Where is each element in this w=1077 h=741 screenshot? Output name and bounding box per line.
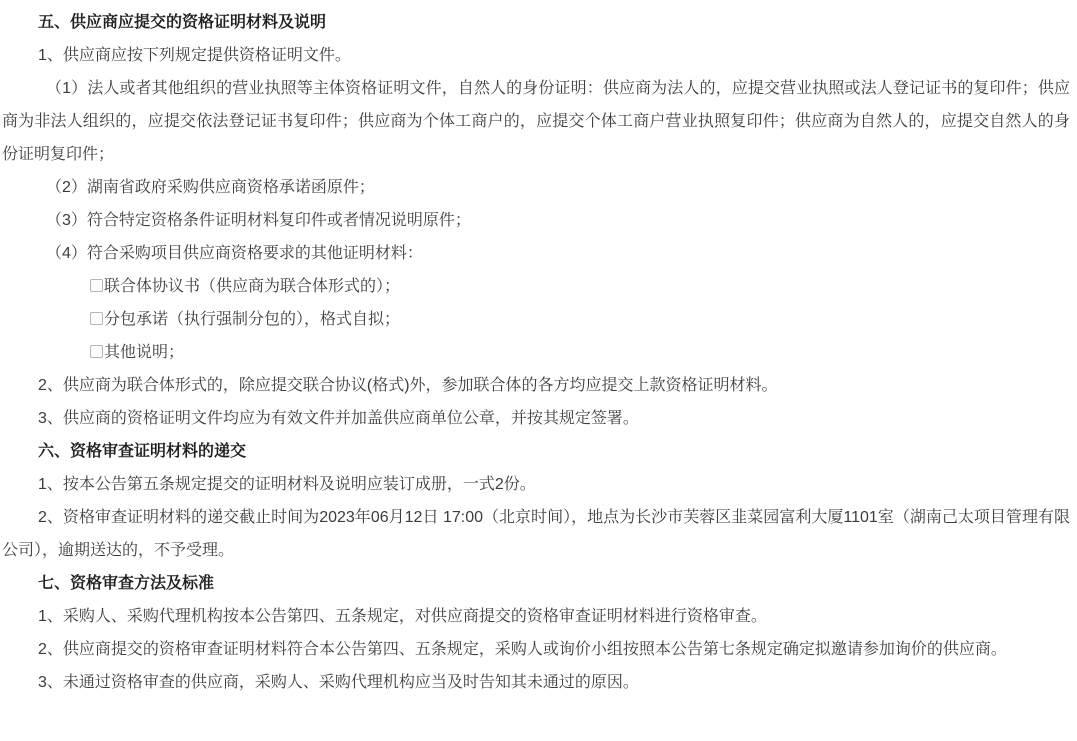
subcontract-commitment-label: 分包承诺（执行强制分包的），格式自拟；: [104, 311, 400, 328]
section-5-item-3: 3、供应商的资格证明文件均应为有效文件并加盖供应商单位公章，并按其规定签署。: [2, 402, 1070, 435]
checkbox-row-other-notes: 其他说明；: [2, 336, 1070, 369]
section-7-item-1: 1、采购人、采购代理机构按本公告第四、五条规定，对供应商提交的资格审查证明材料进…: [2, 600, 1070, 633]
joint-agreement-label: 联合体协议书（供应商为联合体形式的）；: [104, 278, 400, 295]
section-6-heading: 六、资格审查证明材料的递交: [2, 435, 1070, 468]
section-5-sub-2: （2）湖南省政府采购供应商资格承诺函原件；: [2, 171, 1070, 204]
section-5-sub-3: （3）符合特定资格条件证明材料复印件或者情况说明原件；: [2, 204, 1070, 237]
subcontract-commitment-checkbox[interactable]: [90, 312, 103, 325]
section-5-heading: 五、供应商应提交的资格证明材料及说明: [2, 6, 1070, 39]
document-body: 五、供应商应提交的资格证明材料及说明 1、供应商应按下列规定提供资格证明文件。 …: [0, 0, 1077, 699]
other-notes-label: 其他说明；: [104, 344, 184, 361]
section-7-item-2: 2、供应商提交的资格审查证明材料符合本公告第四、五条规定，采购人或询价小组按照本…: [2, 633, 1070, 666]
joint-agreement-checkbox[interactable]: [90, 279, 103, 292]
section-6-item-1: 1、按本公告第五条规定提交的证明材料及说明应装订成册，一式2份。: [2, 468, 1070, 501]
checkbox-row-subcontract-commitment: 分包承诺（执行强制分包的），格式自拟；: [2, 303, 1070, 336]
checkbox-row-joint-agreement: 联合体协议书（供应商为联合体形式的）；: [2, 270, 1070, 303]
section-5-sub-1: （1）法人或者其他组织的营业执照等主体资格证明文件，自然人的身份证明：供应商为法…: [2, 72, 1070, 171]
section-5-item-1: 1、供应商应按下列规定提供资格证明文件。: [2, 39, 1070, 72]
section-5-item-2: 2、供应商为联合体形式的，除应提交联合协议(格式)外，参加联合体的各方均应提交上…: [2, 369, 1070, 402]
section-7-heading: 七、资格审查方法及标准: [2, 567, 1070, 600]
other-notes-checkbox[interactable]: [90, 345, 103, 358]
section-7-item-3: 3、未通过资格审查的供应商，采购人、采购代理机构应当及时告知其未通过的原因。: [2, 666, 1070, 699]
section-5-sub-4: （4）符合采购项目供应商资格要求的其他证明材料：: [2, 237, 1070, 270]
section-6-item-2: 2、资格审查证明材料的递交截止时间为2023年06月12日 17:00（北京时间…: [2, 501, 1070, 567]
